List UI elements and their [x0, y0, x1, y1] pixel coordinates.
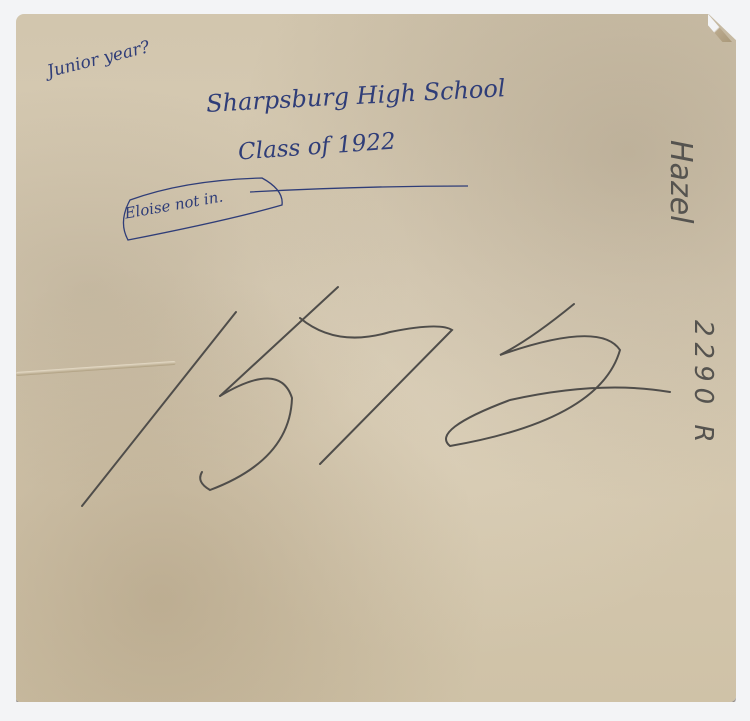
vertical-name-hazel: Hazel: [663, 140, 698, 223]
vertical-code: 2290 R: [688, 320, 718, 449]
ink-strokes: [0, 0, 750, 721]
